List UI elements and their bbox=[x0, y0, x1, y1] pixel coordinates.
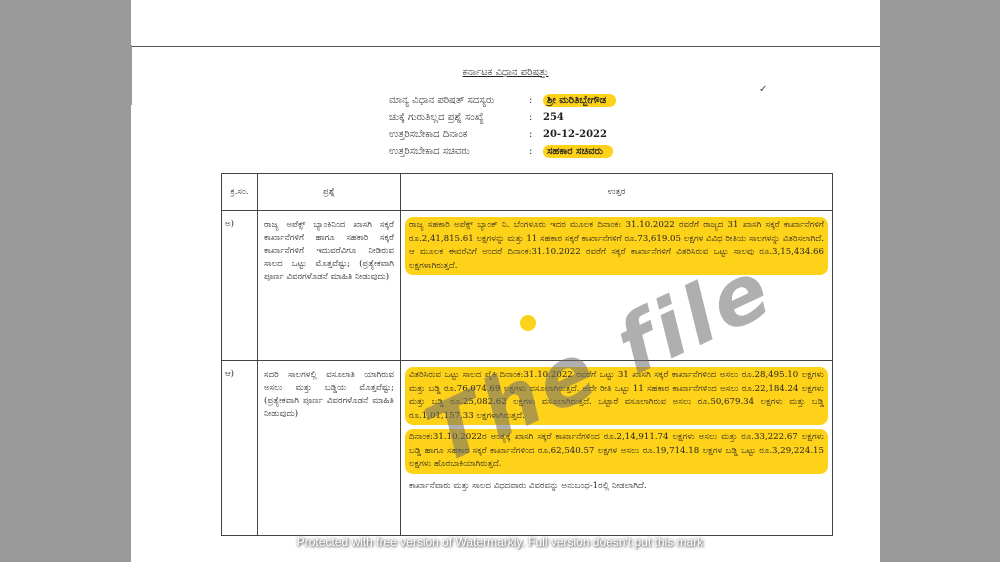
meta-minister: ಉತ್ತರಿಸಬೇಕಾದ ಸಚಿವರು : ಸಹಕಾರ ಸಚಿವರು bbox=[389, 143, 616, 160]
meta-question-number: ಚುಕ್ಕೆ ಗುರುತಿಲ್ಲದ ಪ್ರಶ್ನೆ ಸಂಖ್ಯೆ : 254 bbox=[389, 109, 616, 126]
table-row: ಆ) ಸದರಿ ಸಾಲಗಳಲ್ಲಿ ವಸೂಲಾತಿ ಯಾಗಿರುವ ಅಸಲು ಮ… bbox=[222, 361, 833, 536]
watermark-dot bbox=[520, 315, 536, 331]
row-answer: ವಿತರಿಸಿರುವ ಒಟ್ಟು ಸಾಲದ ಪೈಕಿ ದಿನಾಂಕ:31.10.… bbox=[401, 361, 833, 536]
question-number: 254 bbox=[543, 112, 564, 123]
header-serial: ಕ್ರ.ಸಂ. bbox=[222, 174, 258, 211]
member-name: ಶ್ರೀ ಮರಿತಿಬ್ಬೇಗೌಡ bbox=[543, 94, 616, 107]
meta-member: ಮಾನ್ಯ ವಿಧಾನ ಪರಿಷತ್ ಸದಸ್ಯರು : ಶ್ರೀ ಮರಿತಿಬ… bbox=[389, 92, 616, 109]
meta-answer-date: ಉತ್ತರಿಸಬೇಕಾದ ದಿನಾಂಕ : 20-12-2022 bbox=[389, 126, 616, 143]
qa-table: ಕ್ರ.ಸಂ. ಪ್ರಶ್ನೆ ಉತ್ತರ ಅ) ರಾಜ್ಯ ಅಪೆಕ್ಸ್ ಬ… bbox=[221, 173, 833, 536]
answer-paragraph: ವಿತರಿಸಿರುವ ಒಟ್ಟು ಸಾಲದ ಪೈಕಿ ದಿನಾಂಕ:31.10.… bbox=[405, 367, 828, 425]
row-question: ಸದರಿ ಸಾಲಗಳಲ್ಲಿ ವಸೂಲಾತಿ ಯಾಗಿರುವ ಅಸಲು ಮತ್ತ… bbox=[258, 361, 401, 536]
table-row: ಅ) ರಾಜ್ಯ ಅಪೆಕ್ಸ್ ಬ್ಯಾಂಕಿನಿಂದ ಖಾಸಗಿ ಸಕ್ಕರ… bbox=[222, 211, 833, 361]
footer-watermark: Protected with free version of Watermark… bbox=[0, 535, 1000, 549]
minister: ಸಹಕಾರ ಸಚಿವರು bbox=[543, 145, 613, 158]
document-title: ಕರ್ನಾಟಕ ವಿಧಾನ ಪರಿಷತ್ತು bbox=[131, 67, 880, 78]
row-answer: ರಾಜ್ಯ ಸಹಕಾರಿ ಅಪೆಕ್ಸ್ ಬ್ಯಾಂಕ್ ನಿ. ಬೆಂಗಳೂರ… bbox=[401, 211, 833, 361]
answer-paragraph: ದಿನಾಂಕ:31.10.2022ರ ಅಂತ್ಯಕ್ಕೆ ಖಾಸಗಿ ಸಕ್ಕರ… bbox=[405, 429, 828, 474]
header-answer: ಉತ್ತರ bbox=[401, 174, 833, 211]
document-page: ಕರ್ನಾಟಕ ವಿಧಾನ ಪರಿಷತ್ತು ✓ ಮಾನ್ಯ ವಿಧಾನ ಪರಿ… bbox=[131, 0, 880, 562]
table-header: ಕ್ರ.ಸಂ. ಪ್ರಶ್ನೆ ಉತ್ತರ bbox=[222, 174, 833, 211]
row-question: ರಾಜ್ಯ ಅಪೆಕ್ಸ್ ಬ್ಯಾಂಕಿನಿಂದ ಖಾಸಗಿ ಸಕ್ಕರೆ ಕ… bbox=[258, 211, 401, 361]
top-rule bbox=[131, 46, 880, 47]
header-question: ಪ್ರಶ್ನೆ bbox=[258, 174, 401, 211]
tick-mark: ✓ bbox=[759, 84, 767, 95]
answer-paragraph: ರಾಜ್ಯ ಸಹಕಾರಿ ಅಪೆಕ್ಸ್ ಬ್ಯಾಂಕ್ ನಿ. ಬೆಂಗಳೂರ… bbox=[405, 217, 828, 275]
answer-note: ಕಾರ್ಖಾನೆವಾರು ಮತ್ತು ಸಾಲದ ವಿಧದವಾರು ವಿವರವನ್… bbox=[405, 478, 828, 496]
row-number: ಅ) bbox=[222, 211, 258, 361]
answer-date: 20-12-2022 bbox=[543, 129, 607, 140]
question-meta: ಮಾನ್ಯ ವಿಧಾನ ಪರಿಷತ್ ಸದಸ್ಯರು : ಶ್ರೀ ಮರಿತಿಬ… bbox=[389, 92, 616, 160]
row-number: ಆ) bbox=[222, 361, 258, 536]
